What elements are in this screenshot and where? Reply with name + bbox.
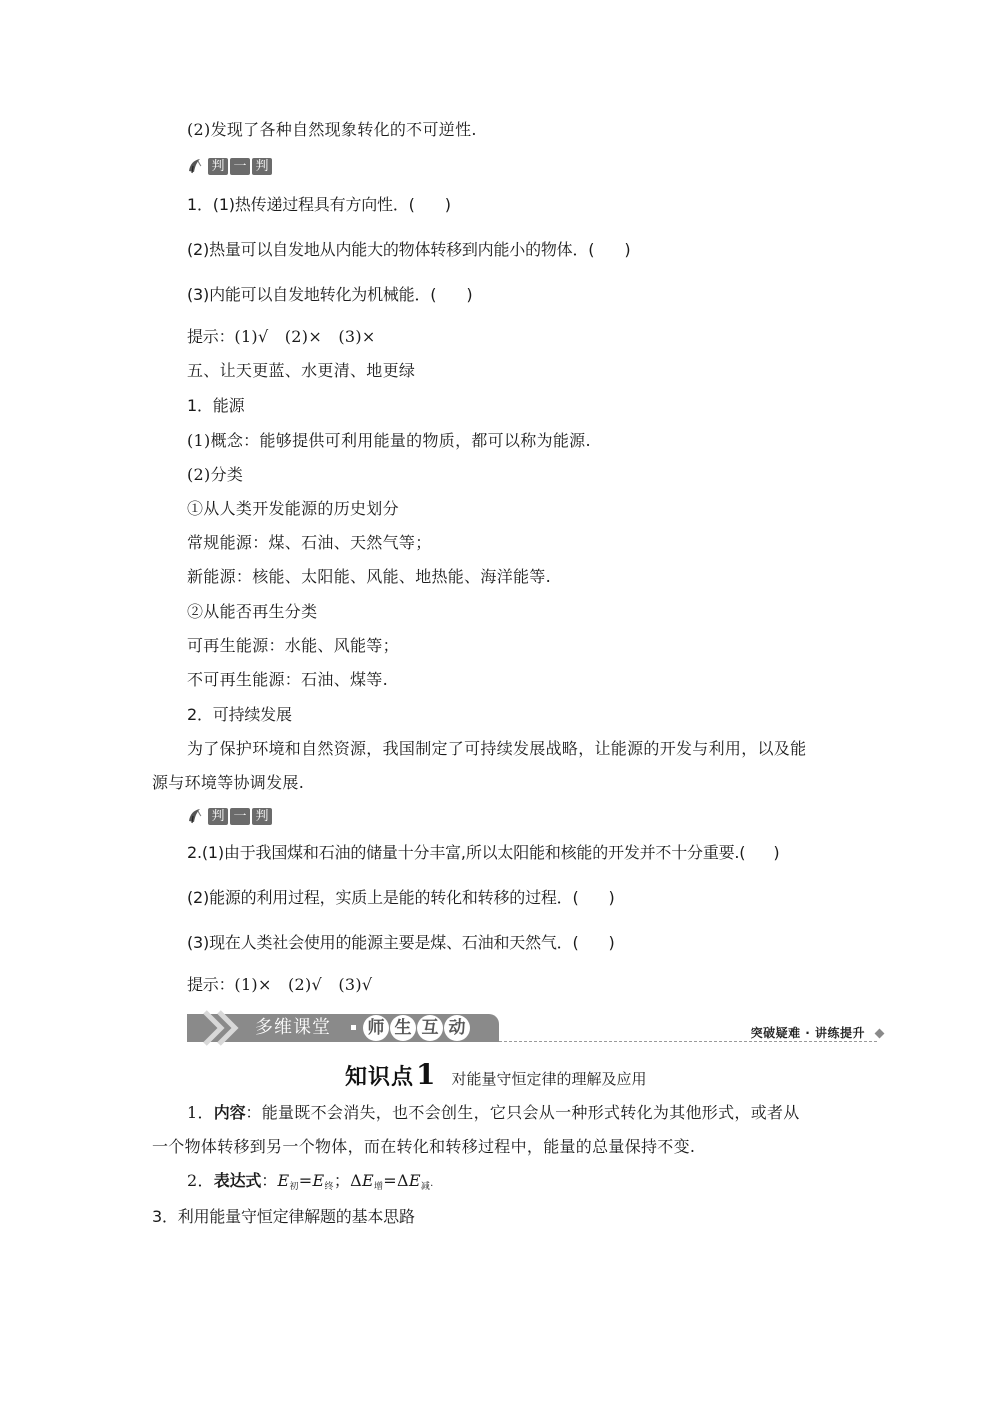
judge2-question-1: 2.(1)由于我国煤和石油的储量十分丰富,所以太阳能和核能的开发并不十分重要.(… [187,843,779,863]
section-banner: 多维课堂 师 生 互 动 突破疑难 · 讲练提升 [187,1014,887,1044]
judge-chip-3: 判 [252,808,272,825]
banner-title: 多维课堂 [255,1016,331,1040]
kp-content-line2: 一个物体转移到另一个物体，而在转化和转移过程中，能量的总量保持不变. [152,1137,695,1157]
kp-expression: 2．表达式：E初=E终；ΔE增=ΔE减. [187,1171,434,1197]
judge-chip-2: 一 [230,808,250,825]
banner-circle-chars: 师 生 互 动 [363,1015,470,1041]
judge2-question-3: (3)现在人类社会使用的能源主要是煤、石油和天然气．() [187,933,615,953]
judge-badge: 判 一 判 [187,157,272,175]
kp-title: 对能量守恒定律的理解及应用 [452,1068,647,1089]
judge2-hint: 提示：(1)× (2)√ (3)√ [187,975,372,995]
kp-content-line1: 1．内容：能量既不会消失，也不会创生，它只会从一种形式转化为其他形式，或者从 [187,1103,800,1123]
banner-dashed-rule [499,1041,877,1042]
judge1-question-3: (3)内能可以自发地转化为机械能．() [187,285,472,305]
classify-by-history: ①从人类开发能源的历史划分 [187,499,399,519]
new-energy: 新能源：核能、太阳能、风能、地热能、海洋能等. [187,567,551,587]
section5-heading: 五、让天更蓝、水更清、地更绿 [187,361,415,381]
banner-dot [351,1025,356,1030]
energy-heading: 1．能源 [187,396,244,416]
double-chevron-icon [201,1008,245,1048]
banner-circle-char: 生 [390,1015,416,1041]
statement-irreversibility: (2)发现了各种自然现象转化的不可逆性. [187,120,477,140]
judge2-question-2: (2)能源的利用过程，实质上是能的转化和转移的过程．() [187,888,615,908]
classify-by-renewable: ②从能否再生分类 [187,602,317,622]
judge-chip-3: 判 [252,158,272,175]
sustainable-heading: 2．可持续发展 [187,705,292,725]
energy-classify: (2)分类 [187,465,243,485]
banner-circle-char: 师 [363,1015,389,1041]
judge1-hint: 提示：(1)√ (2)× (3)× [187,327,376,347]
leaf-pen-icon [187,157,203,175]
diamond-icon [875,1029,885,1039]
judge-chip-1: 判 [208,158,228,175]
judge-chip-2: 一 [230,158,250,175]
banner-right-label: 突破疑难 · 讲练提升 [751,1024,865,1041]
judge1-question-2: (2)热量可以自发地从内能大的物体转移到内能小的物体．() [187,240,630,260]
kp-number: 1 [416,1058,435,1091]
sustainable-paragraph-line2: 源与环境等协调发展. [152,773,304,793]
sustainable-paragraph-line1: 为了保护环境和自然资源，我国制定了可持续发展战略，让能源的开发与利用，以及能 [187,739,806,759]
nonrenewable-energy: 不可再生能源：石油、煤等. [187,670,388,690]
judge-chip-1: 判 [208,808,228,825]
kp-step3-heading: 3．利用能量守恒定律解题的基本思路 [152,1207,415,1227]
banner-circle-char: 互 [417,1015,443,1041]
judge-badge: 判 一 判 [187,807,272,825]
conventional-energy: 常规能源：煤、石油、天然气等； [187,533,432,553]
energy-concept: (1)概念：能够提供可利用能量的物质，都可以称为能源. [187,431,591,451]
leaf-pen-icon [187,807,203,825]
banner-circle-char: 动 [444,1015,470,1041]
judge1-question-1: 1．(1)热传递过程具有方向性．() [187,195,451,215]
knowledge-point-heading: 知识点 1 对能量守恒定律的理解及应用 [345,1058,647,1091]
kp-label: 知识点 [345,1060,414,1091]
renewable-energy: 可再生能源：水能、风能等； [187,636,399,656]
